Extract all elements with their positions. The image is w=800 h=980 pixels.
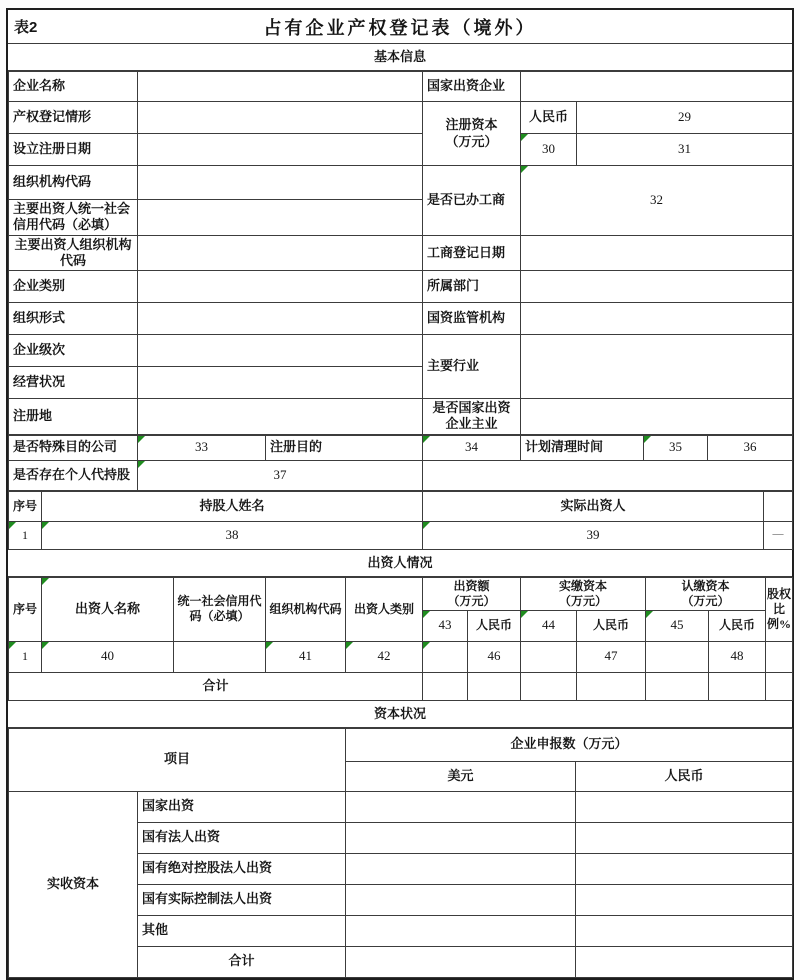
investors-type-header: 出资人类别 <box>346 577 423 641</box>
investors-amount-rmb-label: 人民币 <box>468 610 521 641</box>
label-org-form: 组织形式 <box>9 303 138 335</box>
cell-value-40[interactable]: 40 <box>42 641 174 672</box>
input-sasac-agency[interactable] <box>521 303 793 335</box>
capital-input-other-rmb[interactable] <box>576 915 793 946</box>
label-is-spv: 是否特殊目的公司 <box>9 435 138 460</box>
label-enterprise-category: 企业类别 <box>9 271 138 303</box>
comment-marker-icon <box>521 166 528 173</box>
holders-row-note: — <box>764 521 793 549</box>
cell-value-41[interactable]: 41 <box>266 641 346 672</box>
input-enterprise-category[interactable] <box>138 271 423 303</box>
capital-row-label-state-funding: 国家出资 <box>138 791 346 822</box>
section-header-basic-info: 基本信息 <box>8 44 792 71</box>
holders-name-header: 持股人姓名 <box>42 491 423 521</box>
capital-input-absolute-holding-usd[interactable] <box>346 853 576 884</box>
label-enterprise-level: 企业级次 <box>9 335 138 367</box>
cell-value-48[interactable]: 48 <box>709 641 766 672</box>
comment-marker-icon <box>42 642 49 649</box>
label-property-registration-status: 产权登记情形 <box>9 102 138 134</box>
cell-value-32[interactable]: 32 <box>521 166 793 236</box>
input-is-main-business[interactable] <box>521 399 793 435</box>
label-main-investor-credit-code: 主要出资人统一社会信用代码（必填） <box>9 200 138 236</box>
label-sasac-agency: 国资监管机构 <box>423 303 521 335</box>
capital-input-state-legal-person-rmb[interactable] <box>576 822 793 853</box>
cell-value-45[interactable]: 45 <box>646 610 709 641</box>
label-registered-capital: 注册资本 （万元） <box>423 102 521 166</box>
label-individual-holding: 是否存在个人代持股 <box>9 460 138 490</box>
section-header-investors: 出资人情况 <box>8 550 792 577</box>
investors-total-subscribed-rmb[interactable] <box>709 672 766 700</box>
investors-total-paid-fc[interactable] <box>521 672 577 700</box>
cell-value-46[interactable]: 46 <box>468 641 521 672</box>
form-title-row: 表2 占有企业产权登记表（境外） <box>8 10 792 44</box>
spv-rows-table: 是否特殊目的公司 33 注册目的 34 计划清理时间 35 36 是否存在个人代… <box>8 435 793 491</box>
label-main-investor-org-code: 主要出资人组织机构代码 <box>9 235 138 271</box>
capital-input-total-usd[interactable] <box>346 946 576 977</box>
label-operating-status: 经营状况 <box>9 367 138 399</box>
section-header-capital-status: 资本状况 <box>8 701 792 728</box>
label-cleanup-time: 计划清理时间 <box>521 435 644 460</box>
cell-value-34[interactable]: 34 <box>423 435 521 460</box>
investors-row-equity-ratio[interactable] <box>766 641 793 672</box>
holders-note-header <box>764 491 793 521</box>
input-individual-holding-extra[interactable] <box>423 460 793 490</box>
investors-paid-rmb-label: 人民币 <box>577 610 646 641</box>
capital-row-label-state-legal-person: 国有法人出资 <box>138 822 346 853</box>
cell-value-33[interactable]: 33 <box>138 435 266 460</box>
cell-value-36[interactable]: 36 <box>708 435 793 460</box>
comment-marker-icon <box>423 522 430 529</box>
investors-row-amount-fc[interactable] <box>423 641 468 672</box>
capital-table: 项目 企业申报数（万元） 美元 人民币 实收资本 国家出资 国有法人出资 国有绝… <box>8 728 793 978</box>
comment-marker-icon <box>9 642 16 649</box>
investors-total-amount-fc[interactable] <box>423 672 468 700</box>
comment-marker-icon <box>521 134 528 141</box>
input-establish-date[interactable] <box>138 134 423 166</box>
investors-org-code-header: 组织机构代码 <box>266 577 346 641</box>
investors-paid-capital-header: 实缴资本 （万元） <box>521 577 646 610</box>
label-business-reg-date: 工商登记日期 <box>423 235 521 271</box>
investors-total-paid-rmb[interactable] <box>577 672 646 700</box>
investors-credit-code-header: 统一社会信用代码（必填） <box>174 577 266 641</box>
comment-marker-icon <box>521 611 528 618</box>
capital-input-actual-control-rmb[interactable] <box>576 884 793 915</box>
investors-seq-header: 序号 <box>9 577 42 641</box>
label-reg-purpose: 注册目的 <box>266 435 423 460</box>
input-org-form[interactable] <box>138 303 423 335</box>
investors-subscribed-capital-header: 认缴资本 （万元） <box>646 577 766 610</box>
comment-marker-icon <box>646 611 653 618</box>
holders-actual-investor-header: 实际出资人 <box>423 491 764 521</box>
capital-input-state-funding-usd[interactable] <box>346 791 576 822</box>
capital-input-state-funding-rmb[interactable] <box>576 791 793 822</box>
input-main-investor-credit-code[interactable] <box>138 200 423 236</box>
investors-subscribed-rmb-label: 人民币 <box>709 610 766 641</box>
capital-input-actual-control-usd[interactable] <box>346 884 576 915</box>
input-registered-place[interactable] <box>138 399 423 435</box>
comment-marker-icon <box>346 642 353 649</box>
capital-row-label-absolute-holding: 国有绝对控股法人出资 <box>138 853 346 884</box>
form-tag: 表2 <box>8 16 37 37</box>
investors-total-label: 合计 <box>9 672 423 700</box>
capital-total-label: 合计 <box>138 946 346 977</box>
holders-row-seq[interactable]: 1 <box>9 521 42 549</box>
comment-marker-icon <box>42 578 49 585</box>
input-main-investor-org-code[interactable] <box>138 235 423 271</box>
cell-value-42[interactable]: 42 <box>346 641 423 672</box>
label-state-funded-enterprise: 国家出资企业 <box>423 72 521 102</box>
cell-value-43[interactable]: 43 <box>423 610 468 641</box>
investors-name-header: 出资人名称 <box>42 577 174 641</box>
comment-marker-icon <box>9 522 16 529</box>
input-enterprise-level[interactable] <box>138 335 423 367</box>
investors-total-subscribed-fc[interactable] <box>646 672 709 700</box>
capital-paid-in-label: 实收资本 <box>9 791 138 977</box>
comment-marker-icon <box>42 522 49 529</box>
input-business-reg-date[interactable] <box>521 235 793 271</box>
cell-value-29[interactable]: 29 <box>577 102 793 134</box>
investors-total-amount-rmb[interactable] <box>468 672 521 700</box>
cell-value-31[interactable]: 31 <box>577 134 793 166</box>
comment-marker-icon <box>423 611 430 618</box>
comment-marker-icon <box>644 436 651 443</box>
registration-form: 表2 占有企业产权登记表（境外） 基本信息 企业名称 国家出资企业 产权登记情形… <box>6 8 794 980</box>
holders-seq-header: 序号 <box>9 491 42 521</box>
form-title: 占有企业产权登记表（境外） <box>8 14 792 40</box>
holders-table: 序号 持股人姓名 实际出资人 1 38 39 — <box>8 491 793 550</box>
input-property-registration-status[interactable] <box>138 102 423 134</box>
cell-value-39[interactable]: 39 <box>423 521 764 549</box>
capital-input-absolute-holding-rmb[interactable] <box>576 853 793 884</box>
comment-marker-icon <box>266 642 273 649</box>
investors-row-paid-fc[interactable] <box>521 641 577 672</box>
label-establish-date: 设立注册日期 <box>9 134 138 166</box>
label-company-name: 企业名称 <box>9 72 138 102</box>
capital-input-other-usd[interactable] <box>346 915 576 946</box>
capital-input-state-legal-person-usd[interactable] <box>346 822 576 853</box>
cell-value-35[interactable]: 35 <box>644 435 708 460</box>
comment-marker-icon <box>423 642 430 649</box>
investors-row-credit-code[interactable] <box>174 641 266 672</box>
investors-amount-header: 出资额 （万元） <box>423 577 521 610</box>
input-org-code[interactable] <box>138 166 423 200</box>
input-company-name[interactable] <box>138 72 423 102</box>
input-operating-status[interactable] <box>138 367 423 399</box>
input-main-industry[interactable] <box>521 335 793 399</box>
input-department[interactable] <box>521 271 793 303</box>
cell-value-30[interactable]: 30 <box>521 134 577 166</box>
cell-value-37[interactable]: 37 <box>138 460 423 490</box>
capital-row-label-actual-control: 国有实际控制法人出资 <box>138 884 346 915</box>
cell-value-47[interactable]: 47 <box>577 641 646 672</box>
label-is-business-registered: 是否已办工商 <box>423 166 521 236</box>
capital-item-header: 项目 <box>9 728 346 791</box>
capital-row-label-other: 其他 <box>138 915 346 946</box>
comment-marker-icon <box>138 436 145 443</box>
label-org-code: 组织机构代码 <box>9 166 138 200</box>
investors-total-equity-ratio[interactable] <box>766 672 793 700</box>
label-main-industry: 主要行业 <box>423 335 521 399</box>
cell-value-44[interactable]: 44 <box>521 610 577 641</box>
label-department: 所属部门 <box>423 271 521 303</box>
investors-row-subscribed-fc[interactable] <box>646 641 709 672</box>
label-registered-place: 注册地 <box>9 399 138 435</box>
investors-table: 序号 出资人名称 统一社会信用代码（必填） 组织机构代码 出资人类别 出资额 （… <box>8 577 793 701</box>
capital-input-total-rmb[interactable] <box>576 946 793 977</box>
investors-equity-ratio-header: 股权比例% <box>766 577 793 641</box>
label-currency-rmb: 人民币 <box>521 102 577 134</box>
capital-usd-header: 美元 <box>346 761 576 791</box>
cell-value-38[interactable]: 38 <box>42 521 423 549</box>
label-is-main-business: 是否国家出资企业主业 <box>423 399 521 435</box>
basic-info-table: 企业名称 国家出资企业 产权登记情形 注册资本 （万元） 人民币 29 设立注册… <box>8 71 793 435</box>
input-state-funded-enterprise[interactable] <box>521 72 793 102</box>
investors-row-seq[interactable]: 1 <box>9 641 42 672</box>
comment-marker-icon <box>138 461 145 468</box>
capital-rmb-header: 人民币 <box>576 761 793 791</box>
capital-declared-header: 企业申报数（万元） <box>346 728 793 761</box>
comment-marker-icon <box>423 436 430 443</box>
